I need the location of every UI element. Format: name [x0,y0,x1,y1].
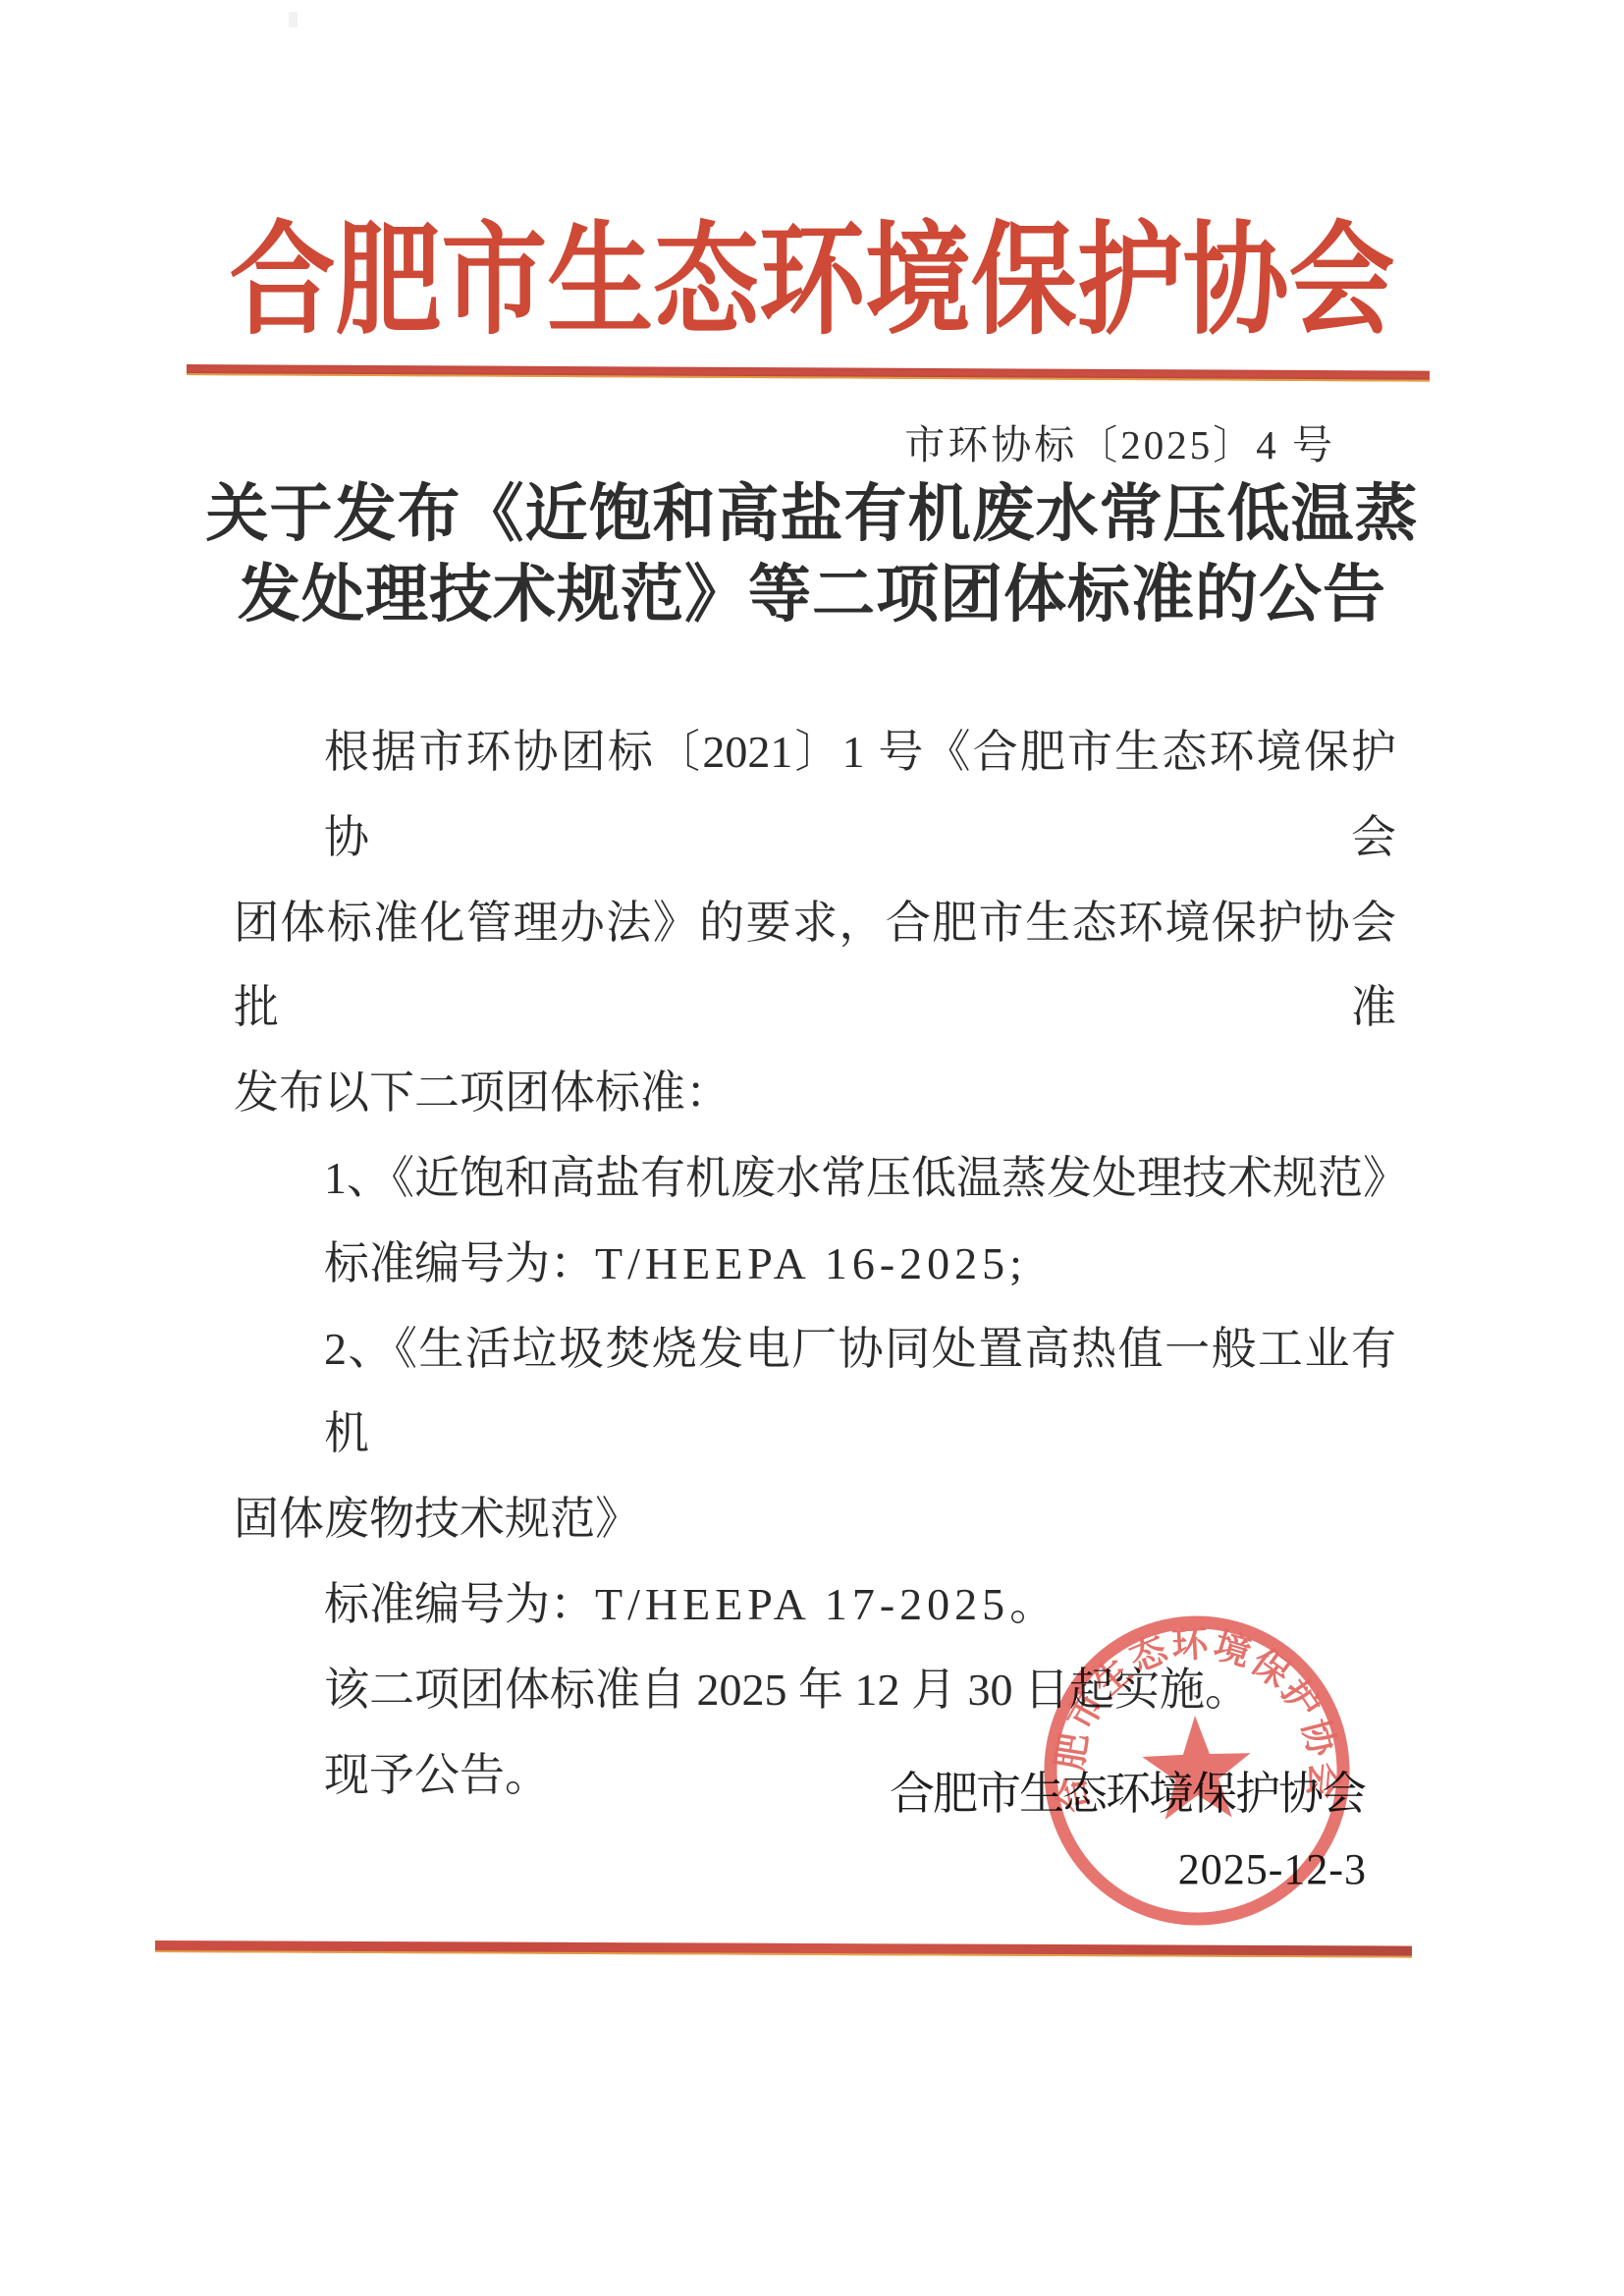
seal-star-icon [1141,1714,1253,1821]
official-seal-stamp: 合肥市生态环境保护协会 [1033,1605,1360,1936]
org-header-text: 合肥市生态环境保护协会 [230,214,1395,351]
announcement-title: 关于发布《近饱和高盐有机废水常压低温蒸 发处理技术规范》等二项团体标准的公告 [0,474,1624,635]
header-red-rule [187,364,1430,382]
announcement-title-line1: 关于发布《近饱和高盐有机废水常压低温蒸 [0,474,1624,555]
body-intro-line1: 根据市环协团标〔2021〕1 号《合肥市生态环境保护协会 [234,710,1396,881]
scan-artifact-mark [289,12,298,27]
body-item1-number: 标准编号为：T/HEEPA 16-2025; [234,1222,1396,1307]
body-intro-line3: 发布以下二项团体标准： [234,1051,1396,1136]
footer-red-rule [155,1941,1412,1958]
body-item1-title: 1、《近饱和高盐有机废水常压低温蒸发处理技术规范》 [234,1136,1396,1222]
item1-number-label: 标准编号为： [324,1238,595,1288]
item1-number-value: T/HEEPA 16-2025; [595,1238,1027,1288]
org-header-title: 合肥市生态环境保护协会 [0,214,1624,351]
body-item2-title-line2: 固体废物技术规范》 [234,1477,1396,1562]
official-document-page: 合肥市生态环境保护协会 市环协标〔2025〕4 号 关于发布《近饱和高盐有机废水… [0,0,1624,2296]
body-item2-title-line1: 2、《生活垃圾焚烧发电厂协同处置高热值一般工业有机 [234,1307,1396,1478]
body-intro-line2: 团体标准化管理办法》的要求，合肥市生态环境保护协会批准 [234,881,1396,1052]
document-number: 市环协标〔2025〕4 号 [904,412,1335,470]
item2-number-label: 标准编号为： [324,1579,595,1629]
item2-number-value: T/HEEPA 17-2025。 [595,1579,1059,1629]
announcement-title-line2: 发处理技术规范》等二项团体标准的公告 [0,555,1624,635]
